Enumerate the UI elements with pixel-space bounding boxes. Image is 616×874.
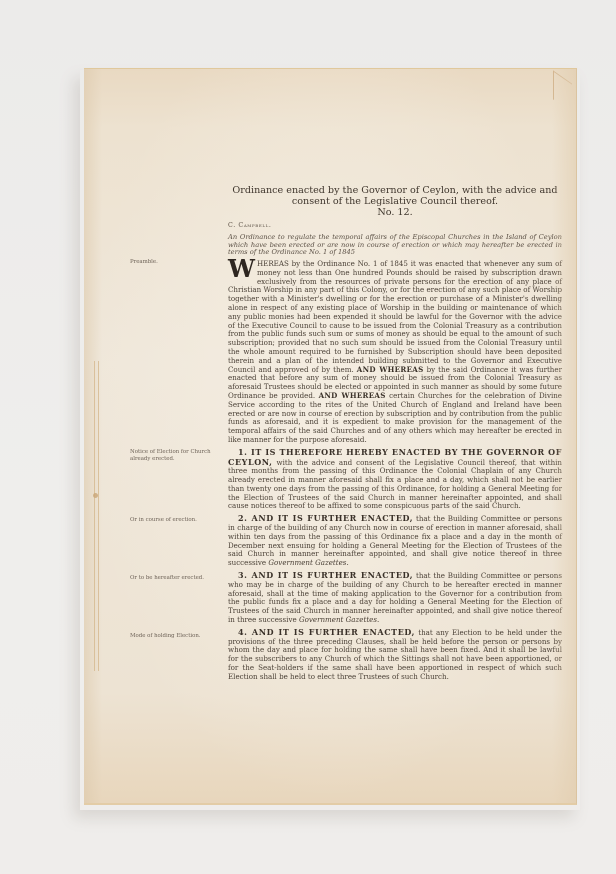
document-page: Preamble. Notice of Election for Church … xyxy=(84,68,577,805)
preamble-text-c: certain Churches for the celebration of … xyxy=(228,391,562,444)
whereas-1: AND WHEREAS xyxy=(357,365,424,374)
signer-name: C. Campbell. xyxy=(228,222,562,231)
binding-knot xyxy=(93,493,98,498)
preamble: WHEREAS by the Ordinance No. 1 of 1845 i… xyxy=(228,260,562,445)
section-3-lead: 3. AND IT IS FURTHER ENACTED, xyxy=(238,570,413,580)
section-2-gazette: Government Gazettes. xyxy=(268,558,348,567)
binding-stitch xyxy=(94,361,99,671)
section-1: 1. IT IS THEREFORE HEREBY ENACTED BY THE… xyxy=(228,448,562,512)
section-3-gazette: Government Gazettes. xyxy=(299,615,379,624)
section-1-text: with the advice and consent of the Legis… xyxy=(228,458,562,511)
section-2-lead: 2. AND IT IS FURTHER ENACTED, xyxy=(238,513,413,523)
margin-note-section-4: Mode of holding Election. xyxy=(130,633,222,640)
margin-note-preamble: Preamble. xyxy=(130,259,222,266)
section-4: 4. AND IT IS FURTHER ENACTED, that any E… xyxy=(228,628,562,682)
ordinance-text: Ordinance enacted by the Governor of Cey… xyxy=(228,186,562,682)
preamble-text-a: HEREAS by the Ordinance No. 1 of 1845 it… xyxy=(228,259,562,374)
whereas-2: AND WHEREAS xyxy=(319,391,386,400)
corner-fold xyxy=(553,70,572,112)
section-4-text: that any Election to be held under the p… xyxy=(228,628,562,681)
section-2: 2. AND IT IS FURTHER ENACTED, that the B… xyxy=(228,514,562,568)
ordinance-heading: Ordinance enacted by the Governor of Cey… xyxy=(228,186,562,208)
ordinance-long-title: An Ordinance to regulate the temporal af… xyxy=(228,234,562,257)
margin-note-section-3: Or to be hereafter erected. xyxy=(130,575,222,582)
margin-note-section-2: Or in course of erection. xyxy=(130,517,222,524)
section-3-text: that the Building Committee or persons w… xyxy=(228,571,562,624)
drop-cap: W xyxy=(228,260,255,278)
section-3: 3. AND IT IS FURTHER ENACTED, that the B… xyxy=(228,571,562,625)
ordinance-number: No. 12. xyxy=(228,209,562,218)
margin-note-section-1: Notice of Election for Church already er… xyxy=(130,449,222,462)
section-4-lead: 4. AND IT IS FURTHER ENACTED, xyxy=(238,627,415,637)
